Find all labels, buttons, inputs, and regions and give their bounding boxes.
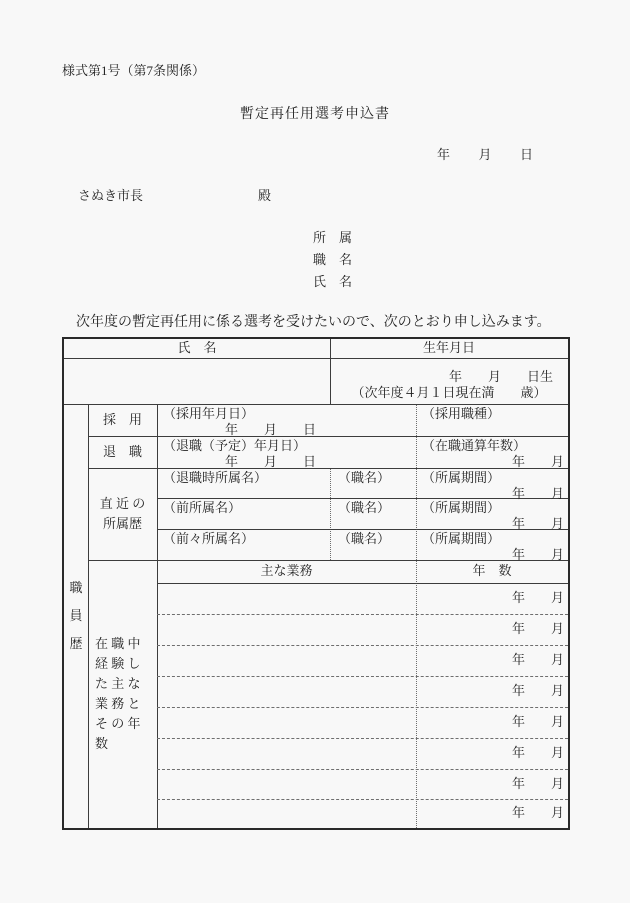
business-label-line: 在 職 中 bbox=[95, 634, 141, 654]
recent-affiliation-label-line1: 直 近 の bbox=[100, 494, 146, 514]
business-row-years-cell: 年 月 bbox=[416, 645, 568, 676]
period-label: （所属期間） bbox=[422, 531, 568, 547]
affiliation-period-cell: （所属期間） 年 月 bbox=[416, 529, 568, 560]
signature-block: 所 属 職 名 氏 名 bbox=[313, 227, 352, 293]
retirement-date-field-label: （退職（予定）年月日） bbox=[163, 438, 416, 454]
affiliation-period-cell: （所属期間） 年 月 bbox=[416, 498, 568, 529]
retirement-label-cell: 退 職 bbox=[88, 436, 157, 468]
before-previous-affiliation-label: （前々所属名） bbox=[163, 531, 330, 547]
previous-affiliation-label: （前所属名） bbox=[163, 500, 330, 516]
business-label-line: た 主 な bbox=[95, 674, 141, 694]
date-year-label: 年 bbox=[437, 147, 450, 163]
birthdate-ymd-label: 年 月 日生 bbox=[330, 369, 568, 385]
jobtitle-label: （職名） bbox=[338, 470, 416, 486]
staff-history-char: 歴 bbox=[69, 636, 82, 652]
affiliation-jobtitle-cell: （職名） bbox=[330, 529, 416, 560]
business-label-line: 数 bbox=[95, 734, 108, 754]
affiliation-at-retirement-label: （退職時所属名） bbox=[163, 470, 330, 486]
business-row-years-cell: 年 月 bbox=[416, 738, 568, 769]
business-row-years-cell: 年 月 bbox=[416, 707, 568, 738]
business-label-line: 業 務 と bbox=[95, 694, 141, 714]
signature-affiliation-label: 所 属 bbox=[313, 227, 352, 249]
recent-affiliation-label-cell: 直 近 の 所属歴 bbox=[88, 468, 157, 560]
period-label: （所属期間） bbox=[422, 470, 568, 486]
business-row-years-cell: 年 月 bbox=[416, 583, 568, 614]
staff-history-char: 員 bbox=[69, 608, 82, 624]
recent-affiliation-label-line2: 所属歴 bbox=[103, 514, 142, 534]
period-label: （所属期間） bbox=[422, 500, 568, 516]
date-day-label: 日 bbox=[520, 147, 533, 163]
business-label-line: 経 験 し bbox=[95, 654, 141, 674]
affiliation-jobtitle-cell: （職名） bbox=[330, 498, 416, 529]
signature-name-label: 氏 名 bbox=[313, 271, 352, 293]
business-row-years-cell: 年 月 bbox=[416, 769, 568, 799]
intro-sentence: 次年度の暫定再任用に係る選考を受けたいので、次のとおり申し込みます。 bbox=[76, 314, 551, 332]
signature-jobtitle-label: 職 名 bbox=[313, 249, 352, 271]
employment-date-field-label: （採用年月日） bbox=[163, 406, 416, 422]
affiliation-name-cell: （前所属名） bbox=[157, 498, 330, 529]
business-experience-label-cell: 在 職 中 経 験 し た 主 な 業 務 と そ の 年 数 bbox=[88, 560, 157, 828]
business-row-years-cell: 年 月 bbox=[416, 676, 568, 707]
business-row-years-cell: 年 月 bbox=[416, 614, 568, 645]
jobtitle-label: （職名） bbox=[338, 500, 416, 516]
birthdate-age-label: （次年度４月１日現在満 歳） bbox=[330, 385, 568, 401]
name-input-cell bbox=[64, 358, 330, 404]
business-label-line: そ の 年 bbox=[95, 714, 141, 734]
name-header-cell: 氏 名 bbox=[64, 339, 330, 358]
jobtitle-label: （職名） bbox=[338, 531, 416, 547]
years-header-cell: 年 数 bbox=[416, 560, 568, 583]
addressee-honorific: 殿 bbox=[258, 188, 271, 204]
affiliation-name-cell: （退職時所属名） bbox=[157, 468, 330, 498]
page-title: 暫定再任用選考申込書 bbox=[0, 106, 630, 124]
business-row-years-cell: 年 月 bbox=[416, 799, 568, 828]
employment-date-cell: （採用年月日） 年 月 日 bbox=[157, 404, 416, 436]
staff-history-char: 職 bbox=[69, 580, 82, 596]
affiliation-period-cell: （所属期間） 年 月 bbox=[416, 468, 568, 498]
affiliation-name-cell: （前々所属名） bbox=[157, 529, 330, 560]
affiliation-jobtitle-cell: （職名） bbox=[330, 468, 416, 498]
retirement-date-cell: （退職（予定）年月日） 年 月 日 bbox=[157, 436, 416, 468]
employment-jobtype-label: （採用職種） bbox=[422, 406, 568, 422]
date-month-label: 月 bbox=[478, 147, 491, 163]
addressee: さぬき市長 bbox=[78, 188, 143, 204]
service-years-label: （在職通算年数） bbox=[422, 438, 568, 454]
birthdate-cell: 年 月 日生 （次年度４月１日現在満 歳） bbox=[330, 358, 568, 404]
birthdate-header-cell: 生年月日 bbox=[330, 339, 568, 358]
main-duties-header-cell: 主な業務 bbox=[157, 560, 416, 583]
service-years-cell: （在職通算年数） 年 月 bbox=[416, 436, 568, 468]
employment-label-cell: 採 用 bbox=[88, 404, 157, 436]
application-table: 氏 名 生年月日 年 月 日生 （次年度４月１日現在満 歳） 職 員 歴 採 用… bbox=[62, 337, 570, 830]
staff-history-vertical-label: 職 員 歴 bbox=[64, 404, 88, 828]
date-line: 年 月 日 bbox=[437, 147, 533, 163]
employment-jobtype-cell: （採用職種） bbox=[416, 404, 568, 436]
form-number: 様式第1号（第7条関係） bbox=[62, 63, 205, 79]
